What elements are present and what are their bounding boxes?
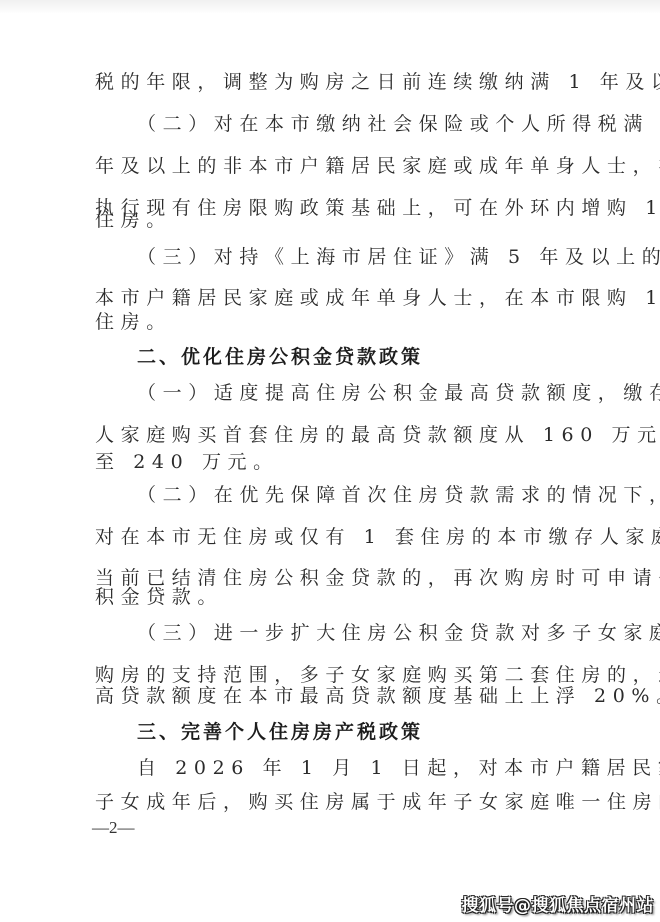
paragraph-line: （三）对持《上海市居住证》满 5 年及以上的非 [137, 235, 660, 279]
paragraph-line: （二）在优先保障首次住房贷款需求的情况下， [137, 473, 660, 517]
paragraph-line: （二）对在本市缴纳社会保险或个人所得税满 3 [137, 102, 660, 146]
source-watermark: 搜狐号@搜狐焦点宿州站 [462, 891, 655, 916]
paragraph-line: 执行现有住房限购政策基础上，可在外环内增购 1 套 [95, 186, 660, 230]
paragraph-line: 子女成年后，购买住房属于成年子女家庭唯一住房的， [95, 780, 660, 824]
paragraph-line: （一）适度提高住房公积金最高贷款额度，缴存 [137, 371, 660, 415]
top-shade [0, 0, 660, 14]
page-number: —2— [92, 818, 135, 838]
paragraph-line: 税的年限，调整为购房之日前连续缴纳满 1 年及以上。 [95, 60, 660, 104]
paragraph-line: 年及以上的非本市户籍居民家庭或成年单身人士，在 [95, 144, 660, 188]
paragraph-line: （三）进一步扩大住房公积金贷款对多子女家庭 [137, 611, 660, 655]
paragraph-line: 本市户籍居民家庭或成年单身人士，在本市限购 1 套 [95, 276, 660, 320]
paragraph-line: 对在本市无住房或仅有 1 套住房的本市缴存人家庭， [95, 515, 660, 559]
